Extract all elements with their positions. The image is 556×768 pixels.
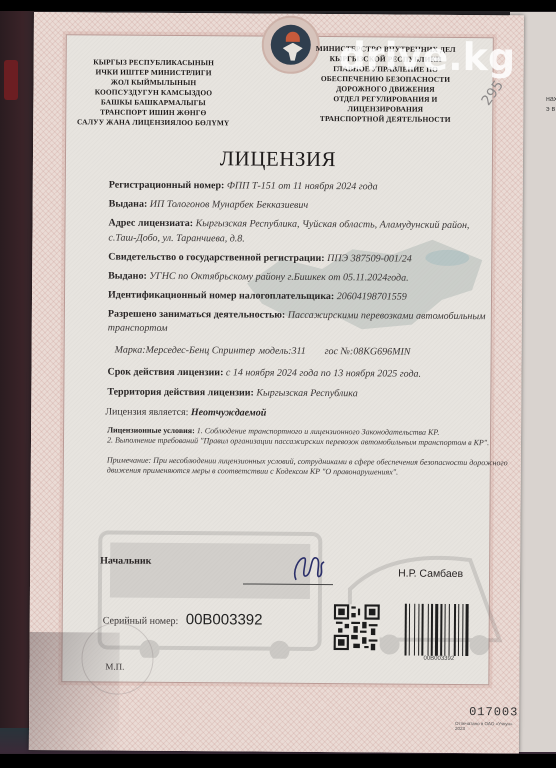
printer-imprint: Отпечатано в ОАО «Учкун» 2023 [455,721,519,731]
page-fragment-text: нах [546,96,556,103]
signature-mark [288,552,328,584]
qr-code [334,604,380,650]
header-kyrgyz: КЫРГЫЗ РЕСПУБЛИКАСЫНЫНИЧКИ ИШТЕР МИНИСТР… [68,57,238,128]
background-object [4,60,18,100]
document-title: ЛИЦЕНЗИЯ [33,145,523,173]
field-tax-id: Идентификационный номер налогоплательщик… [108,289,407,305]
field-vehicle: Марка:Мерседес-Бенц Спринтермодель:311го… [115,344,411,360]
serial-value: 00B003392 [186,611,263,629]
field-reg-number: Регистрационный номер: ФПП Т-151 от 11 н… [109,179,378,195]
form-number: 017003 [469,705,518,719]
barcode-number: 00B003392 [423,656,454,662]
field-activity-line2: транспортом [108,322,168,336]
license-note: Примечание: При несоблюдении лицензионны… [107,456,527,478]
field-transferability: Лицензия является: Неотчуждаемой [105,406,266,421]
field-address-line2: с.Таш-Добо, ул. Таранчиева, д.8. [108,232,244,247]
photo-shadow [29,632,120,753]
field-state-registration: Свидетельство о государственной регистра… [108,251,412,267]
signatory-name: Н.Р. Самбаев [398,568,463,580]
field-validity: Срок действия лицензии: с 14 ноября 2024… [107,366,421,382]
barcode [404,604,482,657]
signatory-title: Начальник [100,555,151,566]
page-fragment-text: э в [546,106,555,113]
license-certificate: КЫРГЫЗ РЕСПУБЛИКАСЫНЫНИЧКИ ИШТЕР МИНИСТР… [29,12,524,753]
field-address: Адрес лицензиата: Кыргызская Республика,… [108,217,469,234]
site-watermark: drive.kg [339,34,516,79]
field-territory: Территория действия лицензии: Кыргызская… [107,386,357,402]
field-issued-to: Выдана: ИП Тологонов Мунарбек Бекказиеви… [109,198,309,213]
field-issued-by: Выдано: УГНС по Октябрьскому району г.Би… [108,270,409,286]
letterbox-bottom [0,754,556,768]
letterbox-top [0,0,556,11]
